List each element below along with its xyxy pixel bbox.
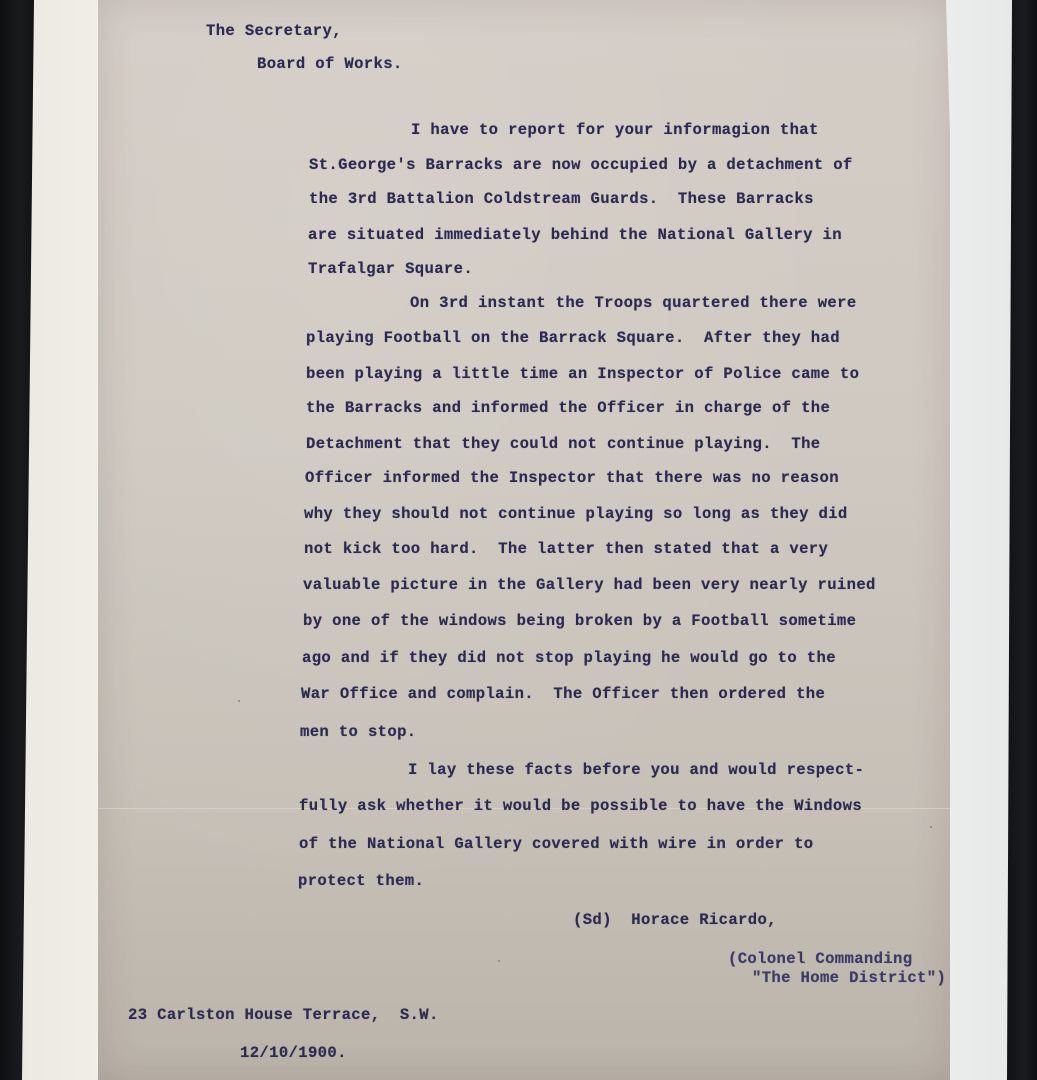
body-line: fully ask whether it would be possible t…	[299, 799, 862, 815]
signature-title-line-1: (Colonel Commanding	[728, 952, 912, 968]
sender-address: 23 Carlston House Terrace, S.W.	[128, 1008, 439, 1024]
addressee-line-2: Board of Works.	[257, 57, 403, 73]
body-line: ago and if they did not stop playing he …	[302, 651, 836, 667]
paper-speck	[930, 826, 932, 828]
body-line: Trafalgar Square.	[308, 262, 473, 278]
signature-line: (Sd) Horace Ricardo,	[573, 913, 777, 929]
body-line: Officer informed the Inspector that ther…	[305, 471, 839, 487]
body-line: valuable picture in the Gallery had been…	[303, 578, 876, 594]
body-line: of the National Gallery covered with wir…	[299, 837, 814, 853]
body-line: why they should not continue playing so …	[304, 507, 848, 523]
body-line: men to stop.	[300, 725, 417, 741]
body-line: On 3rd instant the Troops quartered ther…	[410, 296, 857, 312]
body-line: the Barracks and informed the Officer in…	[306, 401, 830, 417]
body-line: I lay these facts before you and would r…	[408, 763, 864, 779]
body-line: protect them.	[298, 874, 424, 890]
body-line: St.George's Barracks are now occupied by…	[309, 158, 853, 174]
body-line: Detachment that they could not continue …	[306, 437, 821, 453]
body-line: the 3rd Battalion Coldstream Guards. The…	[309, 192, 814, 208]
photo-scene: The Secretary, Board of Works. I have to…	[0, 0, 1037, 1080]
letter-date: 12/10/1900.	[240, 1046, 347, 1062]
body-line: playing Football on the Barrack Square. …	[306, 331, 840, 347]
body-line: I have to report for your informagion th…	[411, 123, 819, 139]
signature-title-line-2: "The Home District")	[752, 971, 946, 987]
body-line: War Office and complain. The Officer the…	[301, 687, 825, 703]
addressee-line-1: The Secretary,	[206, 24, 342, 40]
body-line: by one of the windows being broken by a …	[303, 614, 856, 630]
paper-speck	[238, 700, 240, 702]
paper-speck	[498, 960, 500, 962]
body-line: are situated immediately behind the Nati…	[308, 228, 842, 244]
body-line: been playing a little time an Inspector …	[306, 367, 859, 383]
body-line: not kick too hard. The latter then state…	[304, 542, 828, 558]
